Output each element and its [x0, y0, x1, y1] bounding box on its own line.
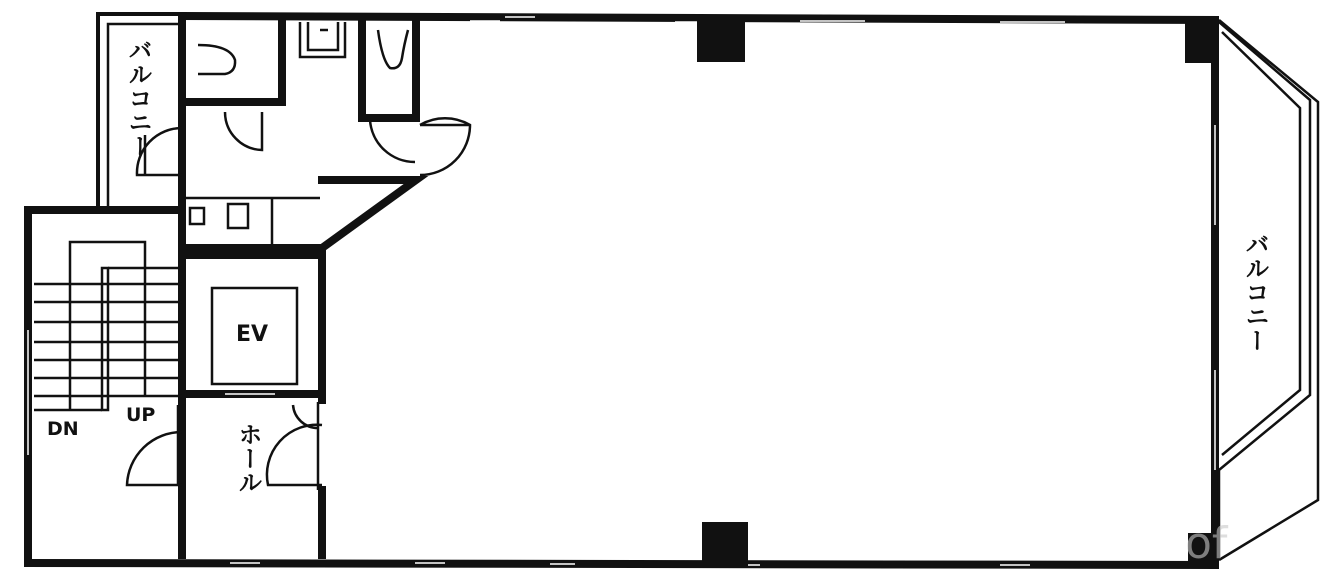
toilet-room-2	[362, 20, 470, 175]
stairs-up-label: UP	[126, 406, 155, 425]
staircase	[34, 242, 182, 485]
columns	[697, 18, 1218, 567]
left-balcony-label: バルコニー	[126, 38, 150, 158]
floor-plan-drawing	[0, 0, 1337, 587]
toilet-room	[186, 20, 282, 150]
hall-label: ホール	[236, 422, 260, 494]
sink	[300, 22, 345, 57]
kitchen-counter	[186, 180, 416, 400]
hall	[267, 402, 322, 555]
elevator-label: EV	[236, 324, 268, 346]
stairs-down-label: DN	[47, 420, 79, 439]
watermark: of	[1185, 522, 1227, 566]
right-balcony-label: バルコニー	[1243, 232, 1267, 352]
